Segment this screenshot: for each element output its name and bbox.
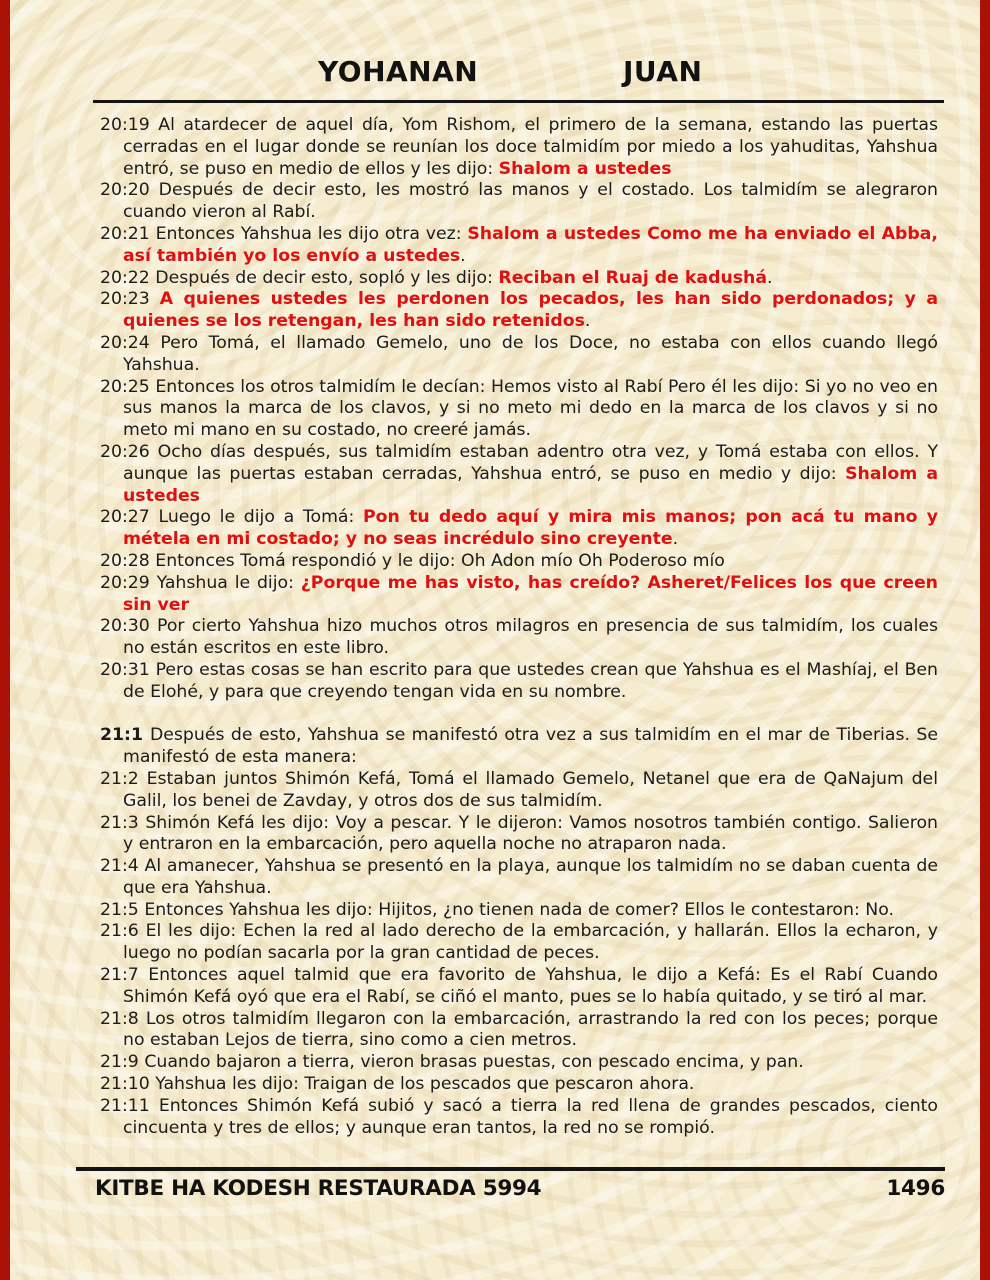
verse-text: Cuando bajaron a tierra, vieron brasas p… (144, 1052, 803, 1072)
page-number: 1496 (886, 1176, 945, 1201)
verse-20-28: 20:28 Entonces Tomá respondió y le dijo:… (100, 551, 938, 573)
verse-20-31: 20:31 Pero estas cosas se han escrito pa… (100, 660, 938, 704)
verse-20-29: 20:29 Yahshua le dijo: ¿Porque me has vi… (100, 573, 938, 617)
verse-text: Entonces los otros talmidím le decían: H… (123, 377, 938, 441)
book-title-hebrew: YOHANAN (318, 55, 478, 88)
footer-rule (76, 1167, 945, 1171)
header-rule (93, 100, 944, 103)
verse-text: Al amanecer, Yahshua se presentó en la p… (123, 856, 938, 898)
verse-text: Pero estas cosas se han escrito para que… (123, 660, 938, 702)
verse-21-11: 21:11 Entonces Shimón Kefá subió y sacó … (100, 1096, 938, 1140)
verse-20-25: 20:25 Entonces los otros talmidím le dec… (100, 377, 938, 442)
verse-number: 21:6 (100, 921, 146, 941)
right-page-border (980, 0, 990, 1280)
verse-number: 21:9 (100, 1052, 144, 1072)
verse-20-21: 20:21 Entonces Yahshua les dijo otra vez… (100, 224, 938, 268)
page-footer: KITBE HA KODESH RESTAURADA 5994 1496 (95, 1176, 945, 1201)
verse-list: 20:19 Al atardecer de aquel día, Yom Ris… (100, 115, 938, 1139)
verse-21-10: 21:10 Yahshua les dijo: Traigan de los p… (100, 1074, 938, 1096)
verse-number: 20:31 (100, 660, 156, 680)
verse-21-7: 21:7 Entonces aquel talmid que era favor… (100, 965, 938, 1009)
verse-text: Entonces Shimón Kefá subió y sacó a tier… (123, 1096, 938, 1138)
verse-text: . (460, 246, 466, 266)
verse-text: Luego le dijo a Tomá: (159, 507, 364, 527)
verse-number: 20:30 (100, 616, 157, 636)
verse-number: 20:22 (100, 268, 155, 288)
verse-number: 20:21 (100, 224, 156, 244)
verse-number: 20:29 (100, 573, 157, 593)
left-page-border (0, 0, 10, 1280)
verse-text: Ocho días después, sus talmidím estaban … (123, 442, 938, 484)
verse-text: . (673, 529, 679, 549)
verse-21-1: 21:1 Después de esto, Yahshua se manifes… (100, 725, 938, 769)
verse-number: 20:20 (100, 180, 159, 200)
verse-21-2: 21:2 Estaban juntos Shimón Kefá, Tomá el… (100, 769, 938, 813)
verse-21-4: 21:4 Al amanecer, Yahshua se presentó en… (100, 856, 938, 900)
verse-text: Estaban juntos Shimón Kefá, Tomá el llam… (123, 769, 938, 811)
verse-text: Después de decir esto, sopló y les dijo: (155, 268, 498, 288)
verse-20-19: 20:19 Al atardecer de aquel día, Yom Ris… (100, 115, 938, 180)
verse-text: Entonces Yahshua les dijo otra vez: (156, 224, 468, 244)
verse-20-26: 20:26 Ocho días después, sus talmidím es… (100, 442, 938, 507)
verse-text: Entonces Tomá respondió y le dijo: Oh Ad… (155, 551, 725, 571)
verse-text: Los otros talmidím llegaron con la embar… (123, 1009, 938, 1051)
verse-number: 20:19 (100, 115, 158, 135)
verse-number: 21:5 (100, 900, 144, 920)
verse-text: Por cierto Yahshua hizo muchos otros mil… (123, 616, 938, 658)
verse-text: Yahshua les dijo: Traigan de los pescado… (155, 1074, 694, 1094)
verse-20-24: 20:24 Pero Tomá, el llamado Gemelo, uno … (100, 333, 938, 377)
verse-text: . (585, 311, 591, 331)
verse-text: Después de decir esto, les mostró las ma… (123, 180, 938, 222)
verse-20-27: 20:27 Luego le dijo a Tomá: Pon tu dedo … (100, 507, 938, 551)
verse-number: 21:10 (100, 1074, 155, 1094)
verse-text: Después de esto, Yahshua se manifestó ot… (123, 725, 938, 767)
verse-20-22: 20:22 Después de decir esto, sopló y les… (100, 268, 938, 290)
verse-20-30: 20:30 Por cierto Yahshua hizo muchos otr… (100, 616, 938, 660)
book-title-spanish: JUAN (623, 55, 702, 88)
verse-21-5: 21:5 Entonces Yahshua les dijo: Hijitos,… (100, 900, 938, 922)
verse-number: 20:23 (100, 289, 160, 309)
verse-text: . (767, 268, 773, 288)
verse-number: 21:4 (100, 856, 145, 876)
verse-text: El les dijo: Echen la red al lado derech… (123, 921, 938, 963)
verse-number: 20:28 (100, 551, 155, 571)
edition-title: KITBE HA KODESH RESTAURADA 5994 (95, 1176, 541, 1201)
verse-text: Shimón Kefá les dijo: Voy a pescar. Y le… (123, 813, 938, 855)
verse-text: Entonces aquel talmid que era favorito d… (123, 965, 938, 1007)
verse-number: 20:27 (100, 507, 159, 527)
verse-number: 20:24 (100, 333, 160, 353)
verse-number: 20:25 (100, 377, 155, 397)
verse-number: 21:2 (100, 769, 147, 789)
verse-number: 21:1 (100, 725, 150, 745)
verse-20-23: 20:23 A quienes ustedes les perdonen los… (100, 289, 938, 333)
verse-number: 21:7 (100, 965, 148, 985)
speech-text: A quienes ustedes les perdonen los pecad… (123, 289, 938, 331)
verse-number: 21:3 (100, 813, 145, 833)
verse-number: 21:8 (100, 1009, 146, 1029)
verse-number: 21:11 (100, 1096, 159, 1116)
verse-text: Entonces Yahshua les dijo: Hijitos, ¿no … (144, 900, 894, 920)
verse-21-6: 21:6 El les dijo: Echen la red al lado d… (100, 921, 938, 965)
verse-text: Pero Tomá, el llamado Gemelo, uno de los… (123, 333, 938, 375)
verse-20-20: 20:20 Después de decir esto, les mostró … (100, 180, 938, 224)
verse-21-3: 21:3 Shimón Kefá les dijo: Voy a pescar.… (100, 813, 938, 857)
verse-21-9: 21:9 Cuando bajaron a tierra, vieron bra… (100, 1052, 938, 1074)
speech-text: Shalom a ustedes (499, 159, 672, 179)
speech-text: Reciban el Ruaj de kadushá (498, 268, 767, 288)
verse-number: 20:26 (100, 442, 158, 462)
page-header: YOHANAN JUAN (0, 55, 990, 91)
verse-text: Yahshua le dijo: (157, 573, 301, 593)
verse-21-8: 21:8 Los otros talmidím llegaron con la … (100, 1009, 938, 1053)
